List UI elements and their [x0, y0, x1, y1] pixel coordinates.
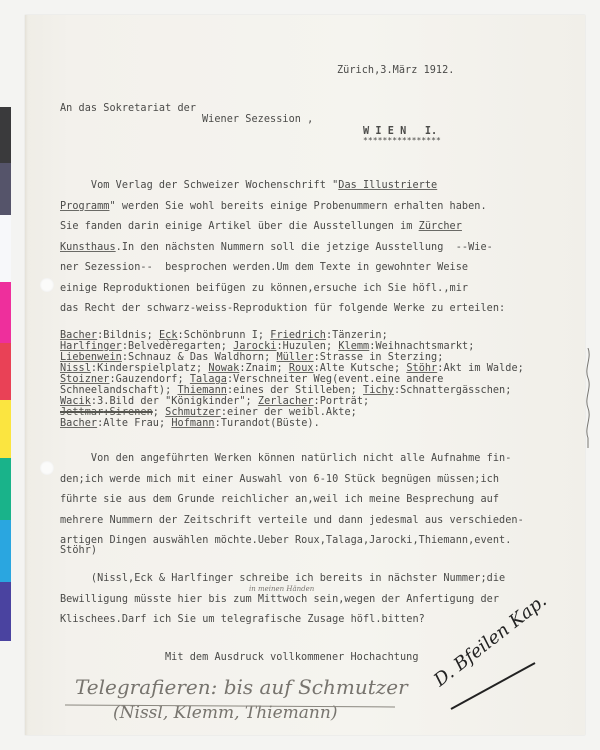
work-title: Tänzerin: [332, 330, 381, 341]
work-title: Schönbrunn I: [184, 330, 258, 341]
artist-name: Thiemann: [178, 385, 227, 396]
work-title: Bildnis: [103, 330, 146, 341]
color-swatch-slate: [0, 163, 11, 215]
work-entry: Thiemann:eines der Stilleben;: [178, 385, 364, 396]
request-line: Klischees.Darf ich Sie um telegrafische …: [60, 614, 425, 625]
work-title: 3.Bild der "Königkinder": [97, 396, 245, 407]
letter-page: Zürich,3.März 1912. An das Sokretariat d…: [25, 15, 585, 735]
work-entry: Bacher:Alte Frau;: [60, 418, 171, 429]
artist-name: Stoizner: [60, 374, 109, 385]
paper-edge: [25, 15, 28, 735]
color-swatch-indigo: [0, 582, 11, 641]
work-title: Gauzendorf: [116, 374, 178, 385]
work-title: Belvedèregarten: [128, 341, 221, 352]
recipient-line-2: Wiener Sezession ,: [202, 114, 313, 125]
work-title: Porträt: [320, 396, 363, 407]
artist-name: Schmutzer: [165, 407, 221, 418]
work-title: eines der Stilleben: [233, 385, 350, 396]
handwritten-insert: in meinen Händen: [249, 585, 314, 593]
intro-line: Vom Verlag der Schweizer Wochenschrift "…: [60, 180, 437, 191]
artist-name: Tichy: [363, 385, 394, 396]
work-title: Schnattergässchen: [400, 385, 505, 396]
artist-name: Klemm: [338, 341, 369, 352]
artist-name: Jettmar: [60, 407, 103, 418]
color-swatch-white: [0, 215, 11, 282]
work-entry: Wacik:3.Bild der "Königkinder";: [60, 396, 258, 407]
artist-name: Harlfinger: [60, 341, 122, 352]
selection-line: den;ich werde mich mit einer Auswahl von…: [60, 474, 499, 485]
color-swatch-cyan: [0, 520, 11, 582]
work-entry: Bacher:Bildnis;: [60, 330, 159, 341]
request-line: (Nissl,Eck & Harlfinger schreibe ich ber…: [60, 573, 505, 584]
punch-hole-top: [40, 278, 54, 292]
intro-line: das Recht der schwarz-weiss-Reproduktion…: [60, 303, 505, 314]
punch-hole-bottom: [40, 461, 54, 475]
work-entry: Harlfinger:Belvedèregarten;: [60, 341, 233, 352]
work-title: Alte Frau: [103, 418, 159, 429]
work-entry: Liebenwein:Schnauz & Das Waldhorn;: [60, 352, 276, 363]
artist-name: Eck: [159, 330, 178, 341]
work-title: Schnauz & Das Waldhorn: [128, 352, 264, 363]
work-title: Weihnachtsmarkt: [375, 341, 468, 352]
artist-name: Stöhr: [406, 363, 437, 374]
work-entry: Zerlacher:Porträt;: [258, 396, 369, 407]
selection-line: führte sie aus dem Grunde reichlicher an…: [60, 494, 499, 505]
artist-name: Jarocki: [233, 341, 276, 352]
artist-name: Wacik: [60, 396, 91, 407]
color-swatch-yellow: [0, 400, 11, 458]
work-entry: Müller:Strasse in Sterzing;: [276, 352, 443, 363]
work-entry: Jarocki:Huzulen;: [233, 341, 338, 352]
work-entry: Nissl:Kinderspielplatz;: [60, 363, 208, 374]
artist-name: Nissl: [60, 363, 91, 374]
artist-name: Bacher: [60, 330, 97, 341]
selection-line: Von den angeführten Werken können natürl…: [60, 453, 511, 464]
work-title: Akt im Walde: [443, 363, 517, 374]
work-entry: Eck:Schönbrunn I;: [159, 330, 270, 341]
work-entry: Tichy:Schnattergässchen;: [363, 385, 511, 396]
work-entry: Roux:Alte Kutsche;: [289, 363, 407, 374]
intro-line: ner Sezession-- besprochen werden.Um dem…: [60, 262, 468, 273]
work-title: Strasse in Sterzing: [320, 352, 437, 363]
pencil-note-underline: [65, 695, 425, 715]
color-calibration-bar: [0, 107, 11, 641]
intro-line: einige Reproduktionen beifügen zu können…: [60, 283, 468, 294]
artist-name: Roux: [289, 363, 314, 374]
artist-name: Friedrich: [270, 330, 326, 341]
letter-date: Zürich,3.März 1912.: [337, 65, 454, 76]
work-entry: Friedrich:Tänzerin;: [270, 330, 388, 341]
work-title: Turandot(Büste): [221, 418, 314, 429]
request-line: Bewilligung müsste hier bis zum Mittwoch…: [60, 594, 499, 605]
signature-underline: [443, 655, 543, 715]
artist-name: Müller: [276, 352, 313, 363]
color-swatch-green: [0, 458, 11, 520]
artist-name: Liebenwein: [60, 352, 122, 363]
artist-name: Hofmann: [171, 418, 214, 429]
color-swatch-red: [0, 343, 11, 400]
work-title: Kinderspielplatz: [97, 363, 196, 374]
intro-line: Sie fanden darin einige Artikel über die…: [60, 221, 462, 232]
work-entry: Stoizner:Gauzendorf;: [60, 374, 190, 385]
recipient-city-underline: ****************: [363, 136, 441, 145]
selection-line: Stöhr): [60, 545, 97, 556]
recipient-line-1: An das Sokretariat der: [60, 103, 196, 114]
artist-name: Zerlacher: [258, 396, 314, 407]
work-entry: Schmutzer:einer der weibl.Akte;: [165, 407, 357, 418]
letter-closing: Mit dem Ausdruck vollkommener Hochachtun…: [165, 652, 419, 663]
works-entries: Bacher:Bildnis; Eck:Schönbrunn I; Friedr…: [60, 330, 552, 429]
work-entry: Klemm:Weihnachtsmarkt;: [338, 341, 474, 352]
work-title: Znaim: [246, 363, 277, 374]
selection-line: mehrere Nummern der Zeitschrift verteile…: [60, 515, 524, 526]
work-entry: Stöhr:Akt im Walde;: [406, 363, 524, 374]
work-entry: Hofmann:Turandot(Büste).: [171, 418, 319, 429]
selection-line: artigen Dingen auswählen möchte.Ueber Ro…: [60, 535, 511, 546]
work-entry: Nowak:Znaim;: [208, 363, 288, 374]
color-swatch-dark-gray: [0, 107, 11, 163]
artist-name: Talaga: [190, 374, 227, 385]
work-title: Sirenen: [109, 407, 152, 418]
work-title: Alte Kutsche: [320, 363, 394, 374]
work-title: einer der weibl.Akte: [227, 407, 351, 418]
color-swatch-magenta: [0, 282, 11, 343]
artist-name: Bacher: [60, 418, 97, 429]
work-entry: Jettmar:Sirenen;: [60, 407, 165, 418]
margin-bracket-mark: [583, 348, 593, 448]
intro-line: Kunsthaus.In den nächsten Nummern soll d…: [60, 242, 493, 253]
intro-line: Programm" werden Sie wohl bereits einige…: [60, 201, 487, 212]
artist-name: Nowak: [208, 363, 239, 374]
work-title: Huzulen: [283, 341, 326, 352]
